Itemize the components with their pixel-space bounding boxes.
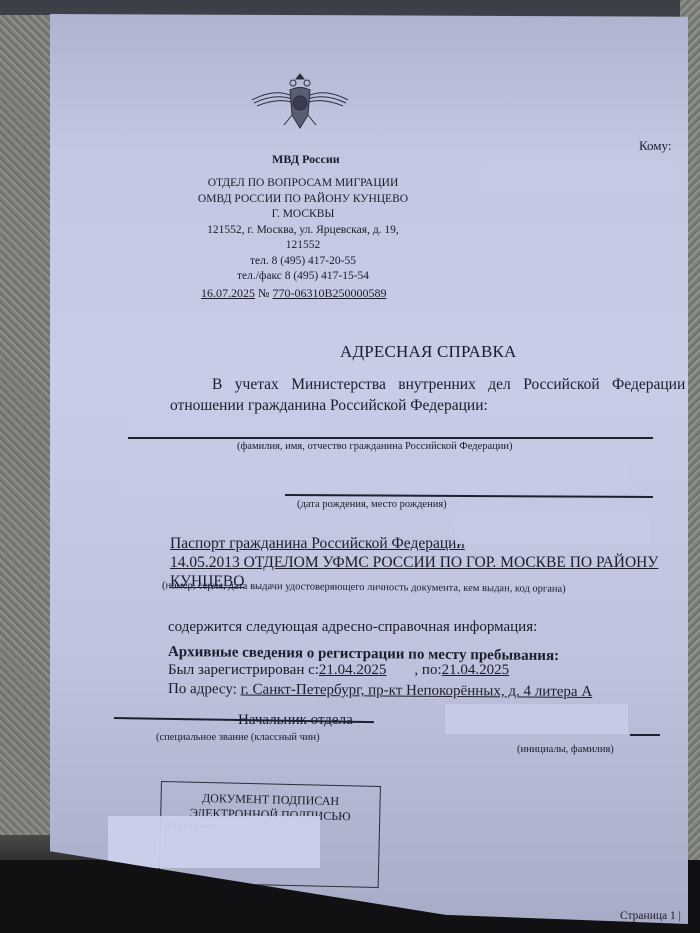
registration-dates: Был зарегистрирован с:21.04.2025, по:21.… (168, 662, 509, 679)
registration-address: По адресу: г. Санкт-Петербург, пр-кт Неп… (168, 681, 592, 701)
org-phone: тел. 8 (495) 417-20-55 (168, 254, 438, 270)
passport-caption: (номер, серия, дата выдачи удостоверяюще… (162, 580, 566, 595)
recipient-label: Кому: (639, 138, 671, 154)
document-title: АДРЕСНАЯ СПРАВКА (340, 342, 517, 362)
name-underline (128, 437, 653, 439)
birth-underline (285, 494, 653, 497)
registered-to-label: , по: (414, 662, 441, 678)
registered-from: 21.04.2025 (319, 662, 415, 678)
org-address-block: ОТДЕЛ ПО ВОПРОСАМ МИГРАЦИИ ОМВД РОССИИ П… (168, 176, 438, 285)
redacted-signer-name (445, 704, 628, 734)
passport-type: Паспорт гражданина Российской Федерации (170, 535, 465, 552)
intro-paragraph: В учетах Министерства внутренних дел Рос… (170, 374, 700, 416)
document-date: 16.07.2025 (201, 286, 255, 300)
redacted-full-name (130, 417, 320, 439)
redacted-recipient (482, 162, 677, 192)
org-address: 121552, г. Москва, ул. Ярцевская, д. 19, (168, 223, 438, 239)
contains-text: содержится следующая адресно-справочная … (168, 619, 537, 636)
document-sheet: МВД России ОТДЕЛ ПО ВОПРОСАМ МИГРАЦИИ ОМ… (50, 14, 688, 924)
org-postcode: 121552 (168, 238, 438, 254)
rank-caption: (специальное звание (классный чин) (156, 732, 320, 743)
address-value: г. Санкт-Петербург, пр-кт Непокорённых, … (241, 682, 593, 700)
org-line: Г. МОСКВЫ (168, 207, 438, 223)
signer-name-caption: (инициалы, фамилия) (517, 744, 614, 755)
org-short-name: МВД России (272, 152, 340, 167)
redacted-certificate (108, 816, 320, 868)
org-line: ОТДЕЛ ПО ВОПРОСАМ МИГРАЦИИ (168, 176, 438, 192)
registered-label: Был зарегистрирован с: (168, 662, 319, 678)
address-label: По адресу: (168, 681, 237, 697)
passport-issuer: 14.05.2013 ОТДЕЛОМ УФМС РОССИИ ПО ГОР. М… (170, 554, 658, 571)
document-number: 770-06310В250000589 (272, 286, 386, 300)
birth-caption: (дата рождения, место рождения) (297, 499, 447, 510)
redacted-passport-number (455, 514, 650, 544)
registered-to: 21.04.2025 (442, 662, 510, 678)
double-headed-eagle-icon (250, 70, 350, 140)
name-signature-underline (630, 734, 660, 736)
number-sign: № (258, 286, 269, 300)
registration-line: 16.07.2025 № 770-06310В250000589 (201, 286, 386, 301)
redacted-birth-info (120, 459, 630, 492)
name-caption: (фамилия, имя, отчество гражданина Росси… (237, 441, 513, 452)
org-line: ОМВД РОССИИ ПО РАЙОНУ КУНЦЕВО (168, 192, 438, 208)
org-fax: тел./факс 8 (495) 417-15-54 (168, 269, 438, 285)
